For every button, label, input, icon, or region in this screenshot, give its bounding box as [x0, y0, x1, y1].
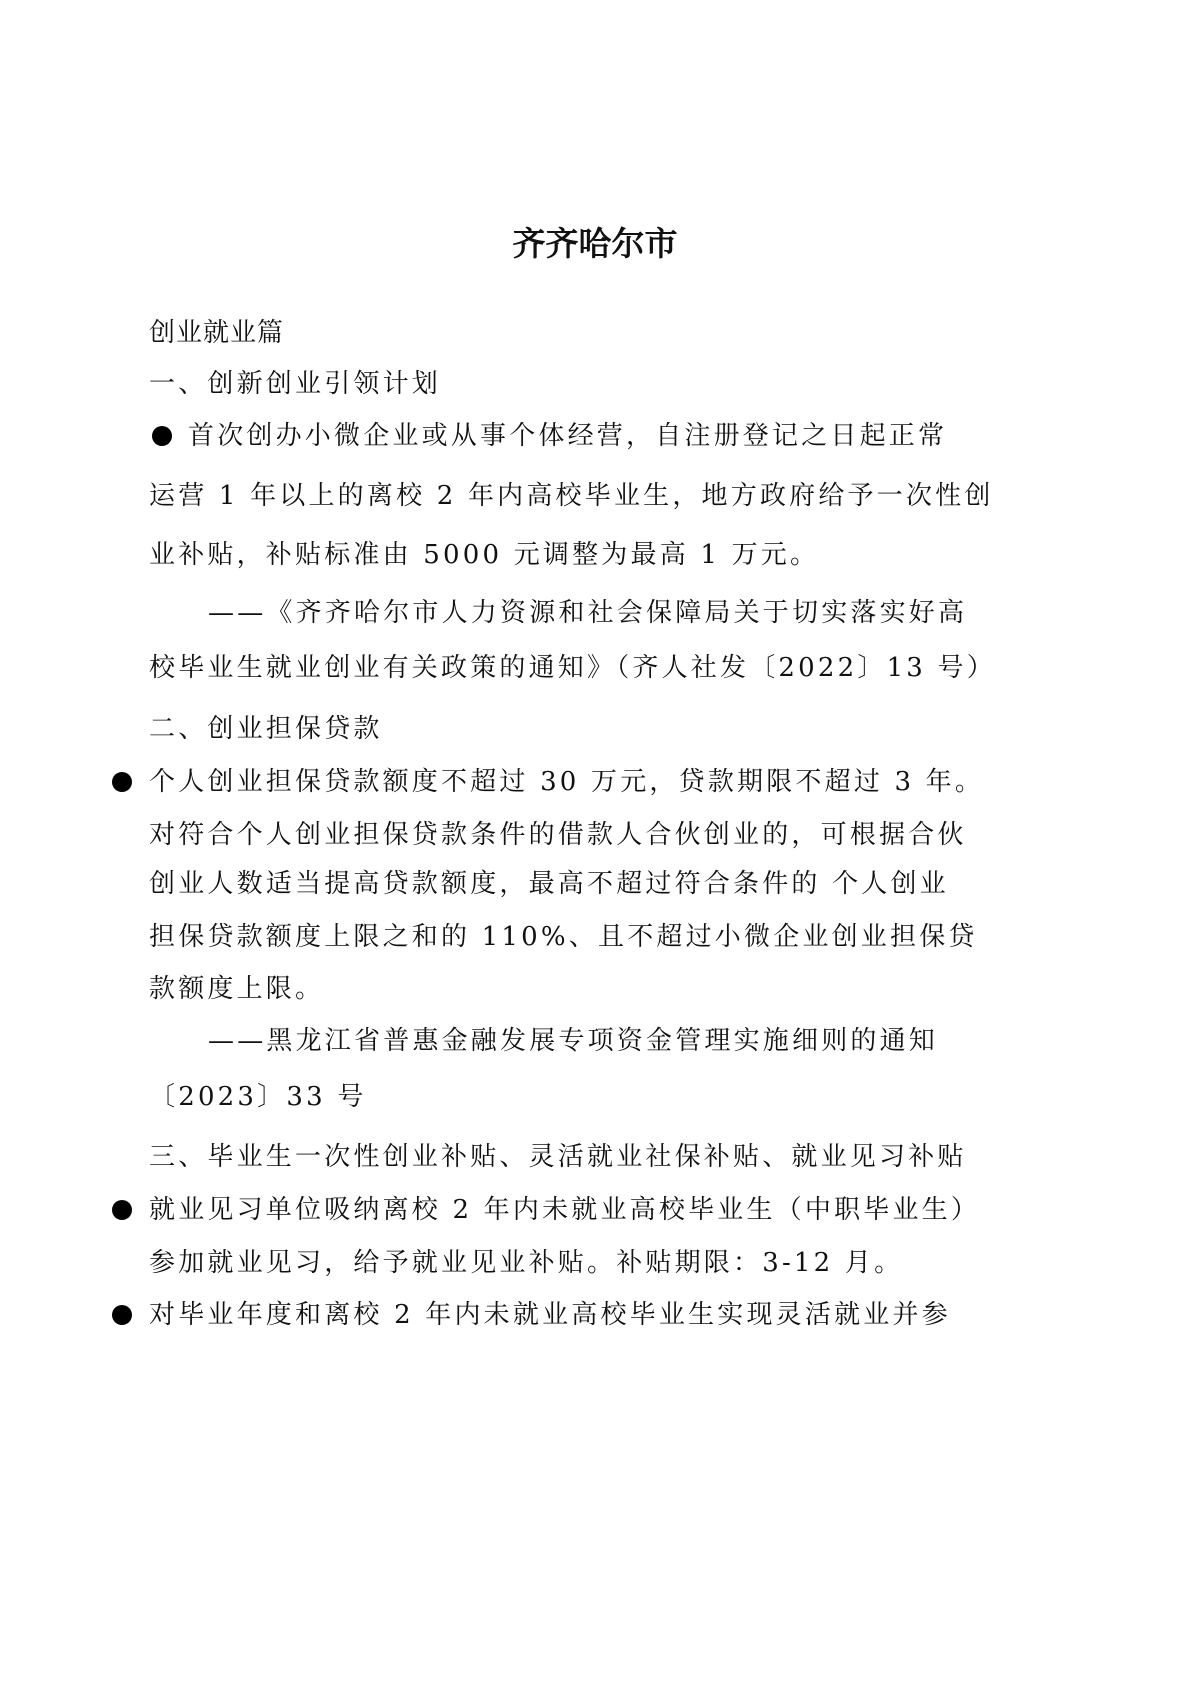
section-1-item-1-line-1: 首次创办小微企业或从事个体经营，自注册登记之日起正常 [188, 419, 970, 453]
section-2-source-line-2: 〔2023〕33 号 [149, 1080, 367, 1114]
section-heading-3: 三、毕业生一次性创业补贴、灵活就业社保补贴、就业见习补贴 [149, 1140, 967, 1174]
page-title: 齐齐哈尔市 [0, 222, 1190, 266]
section-heading-2: 二、创业担保贷款 [149, 712, 383, 746]
section-2-item-1-line-2: 对符合个人创业担保贷款条件的借款人合伙创业的，可根据合伙 [149, 818, 967, 852]
section-3-item-1-line-1: 就业见习单位吸纳离校 2 年内未就业高校毕业生（中职毕业生） [149, 1193, 980, 1227]
section-2-item-1-line-5: 款额度上限。 [149, 972, 324, 1006]
bullet-icon [112, 772, 132, 792]
bullet-icon [112, 1305, 132, 1325]
section-2-item-1-line-1: 个人创业担保贷款额度不超过 30 万元，贷款期限不超过 3 年。 [149, 765, 984, 799]
section-1-item-1-line-3: 业补贴，补贴标准由 5000 元调整为最高 1 万元。 [149, 538, 819, 572]
document-page: 齐齐哈尔市 创业就业篇 一、创新创业引领计划 首次创办小微企业或从事个体经营，自… [0, 0, 1190, 1683]
chapter-heading: 创业就业篇 [149, 316, 284, 350]
section-2-item-1-line-3: 创业人数适当提高贷款额度，最高不超过符合条件的 个人创业 [149, 867, 949, 901]
section-2-item-1-line-4: 担保贷款额度上限之和的 110%、且不超过小微企业创业担保贷 [149, 920, 978, 954]
section-heading-1: 一、创新创业引领计划 [149, 367, 441, 401]
section-1-source-line-2: 校毕业生就业创业有关政策的通知》（齐人社发〔2022〕13 号） [149, 651, 996, 685]
bullet-icon [112, 1200, 132, 1220]
section-1-item-1-line-2: 运营 1 年以上的离校 2 年内高校毕业生，地方政府给予一次性创 [149, 479, 994, 513]
section-3-item-2-line-1: 对毕业年度和离校 2 年内未就业高校毕业生实现灵活就业并参 [149, 1298, 951, 1332]
bullet-icon [152, 426, 172, 446]
section-3-item-1-line-2: 参加就业见习，给予就业见业补贴。补贴期限：3-12 月。 [149, 1246, 903, 1280]
section-2-source-line-1: ——黑龙江省普惠金融发展专项资金管理实施细则的通知 [208, 1024, 938, 1058]
section-1-source-line-1: ——《齐齐哈尔市人力资源和社会保障局关于切实落实好高 [208, 596, 967, 630]
